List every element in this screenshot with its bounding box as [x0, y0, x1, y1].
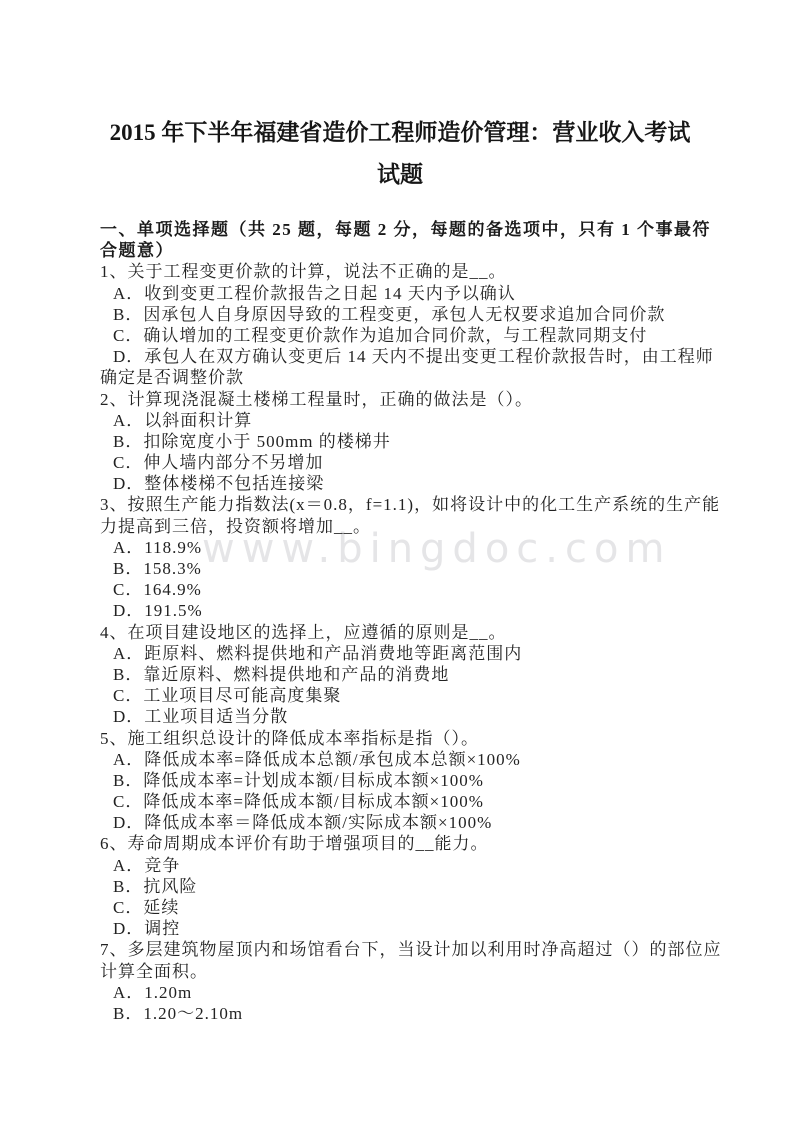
option-line: A．收到变更工程价款报告之日起 14 天内予以确认: [100, 283, 700, 304]
option-line: D．整体楼梯不包括连接梁: [100, 473, 700, 494]
question-line: 5、施工组织总设计的降低成本率指标是指（）。: [100, 728, 700, 749]
option-line: D．191.5%: [100, 600, 700, 621]
option-line: C．工业项目尽可能高度集聚: [100, 685, 700, 706]
option-line: C．降低成本率=降低成本额/目标成本额×100%: [100, 791, 700, 812]
option-line: B．1.20～2.10m: [100, 1003, 700, 1024]
question-line: 2、计算现浇混凝土楼梯工程量时，正确的做法是（）。: [100, 389, 700, 410]
doc-title: 2015 年下半年福建省造价工程师造价管理：营业收入考试 试题: [100, 112, 700, 196]
option-line: B．降低成本率=计划成本额/目标成本额×100%: [100, 770, 700, 791]
option-line: C．伸人墙内部分不另增加: [100, 452, 700, 473]
section-header-line: 一、单项选择题（共 25 题，每题 2 分，每题的备选项中，只有 1 个事最符: [100, 219, 700, 240]
question-line: 3、按照生产能力指数法(x＝0.8，f=1.1)，如将设计中的化工生产系统的生产…: [100, 494, 700, 515]
question-line: 6、寿命周期成本评价有助于增强项目的__能力。: [100, 833, 700, 854]
question-line: 确定是否调整价款: [100, 367, 700, 388]
option-line: B．扣除宽度小于 500mm 的楼梯井: [100, 431, 700, 452]
option-line: D．工业项目适当分散: [100, 706, 700, 727]
document-body: 一、单项选择题（共 25 题，每题 2 分，每题的备选项中，只有 1 个事最符合…: [100, 219, 700, 1024]
question-line: 4、在项目建设地区的选择上，应遵循的原则是__。: [100, 622, 700, 643]
document-page: www.bingdoc.com 2015 年下半年福建省造价工程师造价管理：营业…: [0, 0, 800, 1132]
question-line: 计算全面积。: [100, 961, 700, 982]
option-line: D．调控: [100, 918, 700, 939]
option-line: A．118.9%: [100, 537, 700, 558]
option-line: A．竞争: [100, 855, 700, 876]
option-line: A．1.20m: [100, 982, 700, 1003]
section-header-line: 合题意）: [100, 240, 700, 261]
option-line: C．164.9%: [100, 579, 700, 600]
option-line: B．158.3%: [100, 558, 700, 579]
option-line: B．抗风险: [100, 876, 700, 897]
option-line: B．靠近原料、燃料提供地和产品的消费地: [100, 664, 700, 685]
doc-title-line-1: 2015 年下半年福建省造价工程师造价管理：营业收入考试: [100, 112, 700, 154]
option-line: C．确认增加的工程变更价款作为追加合同价款，与工程款同期支付: [100, 325, 700, 346]
option-line: B．因承包人自身原因导致的工程变更，承包人无权要求追加合同价款: [100, 304, 700, 325]
option-line: D．承包人在双方确认变更后 14 天内不提出变更工程价款报告时，由工程师: [100, 346, 700, 367]
question-line: 力提高到三倍，投资额将增加__。: [100, 516, 700, 537]
option-line: A．以斜面积计算: [100, 410, 700, 431]
question-line: 1、关于工程变更价款的计算，说法不正确的是__。: [100, 261, 700, 282]
option-line: A．距原料、燃料提供地和产品消费地等距离范围内: [100, 643, 700, 664]
option-line: C．延续: [100, 897, 700, 918]
doc-title-line-2: 试题: [100, 154, 700, 196]
question-line: 7、多层建筑物屋顶内和场馆看台下，当设计加以利用时净高超过（）的部位应: [100, 939, 700, 960]
option-line: D．降低成本率＝降低成本额/实际成本额×100%: [100, 812, 700, 833]
option-line: A．降低成本率=降低成本总额/承包成本总额×100%: [100, 749, 700, 770]
